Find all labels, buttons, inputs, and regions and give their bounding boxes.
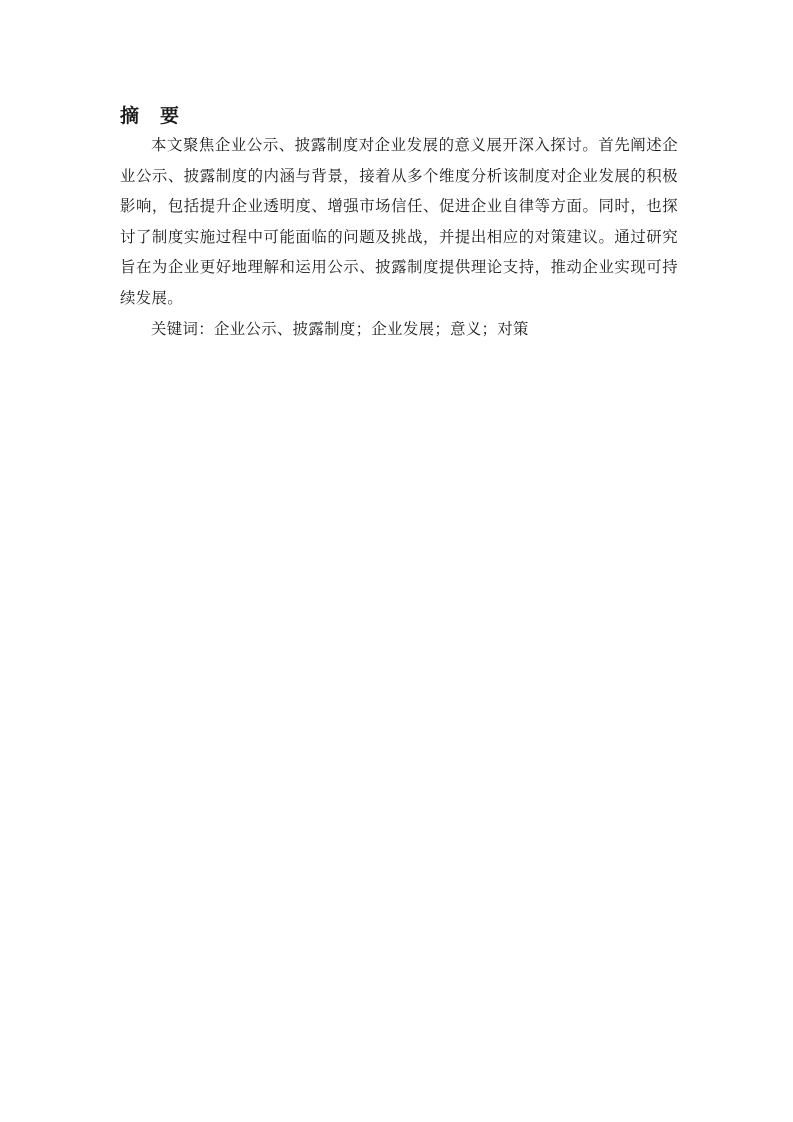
- abstract-body: 本文聚焦企业公示、披露制度对企业发展的意义展开深入探讨。首先阐述企业公示、披露制…: [120, 130, 678, 314]
- keywords-label: 关键词：: [151, 320, 214, 338]
- keywords-value: 企业公示、披露制度；企业发展；意义；对策: [214, 320, 529, 338]
- keywords-line: 关键词：企业公示、披露制度；企业发展；意义；对策: [120, 314, 678, 345]
- abstract-heading-char-1: 摘: [120, 105, 139, 127]
- abstract-heading: 摘要: [120, 102, 678, 130]
- abstract-page: 摘要 本文聚焦企业公示、披露制度对企业发展的意义展开深入探讨。首先阐述企业公示、…: [120, 102, 678, 344]
- abstract-heading-char-2: 要: [160, 105, 179, 127]
